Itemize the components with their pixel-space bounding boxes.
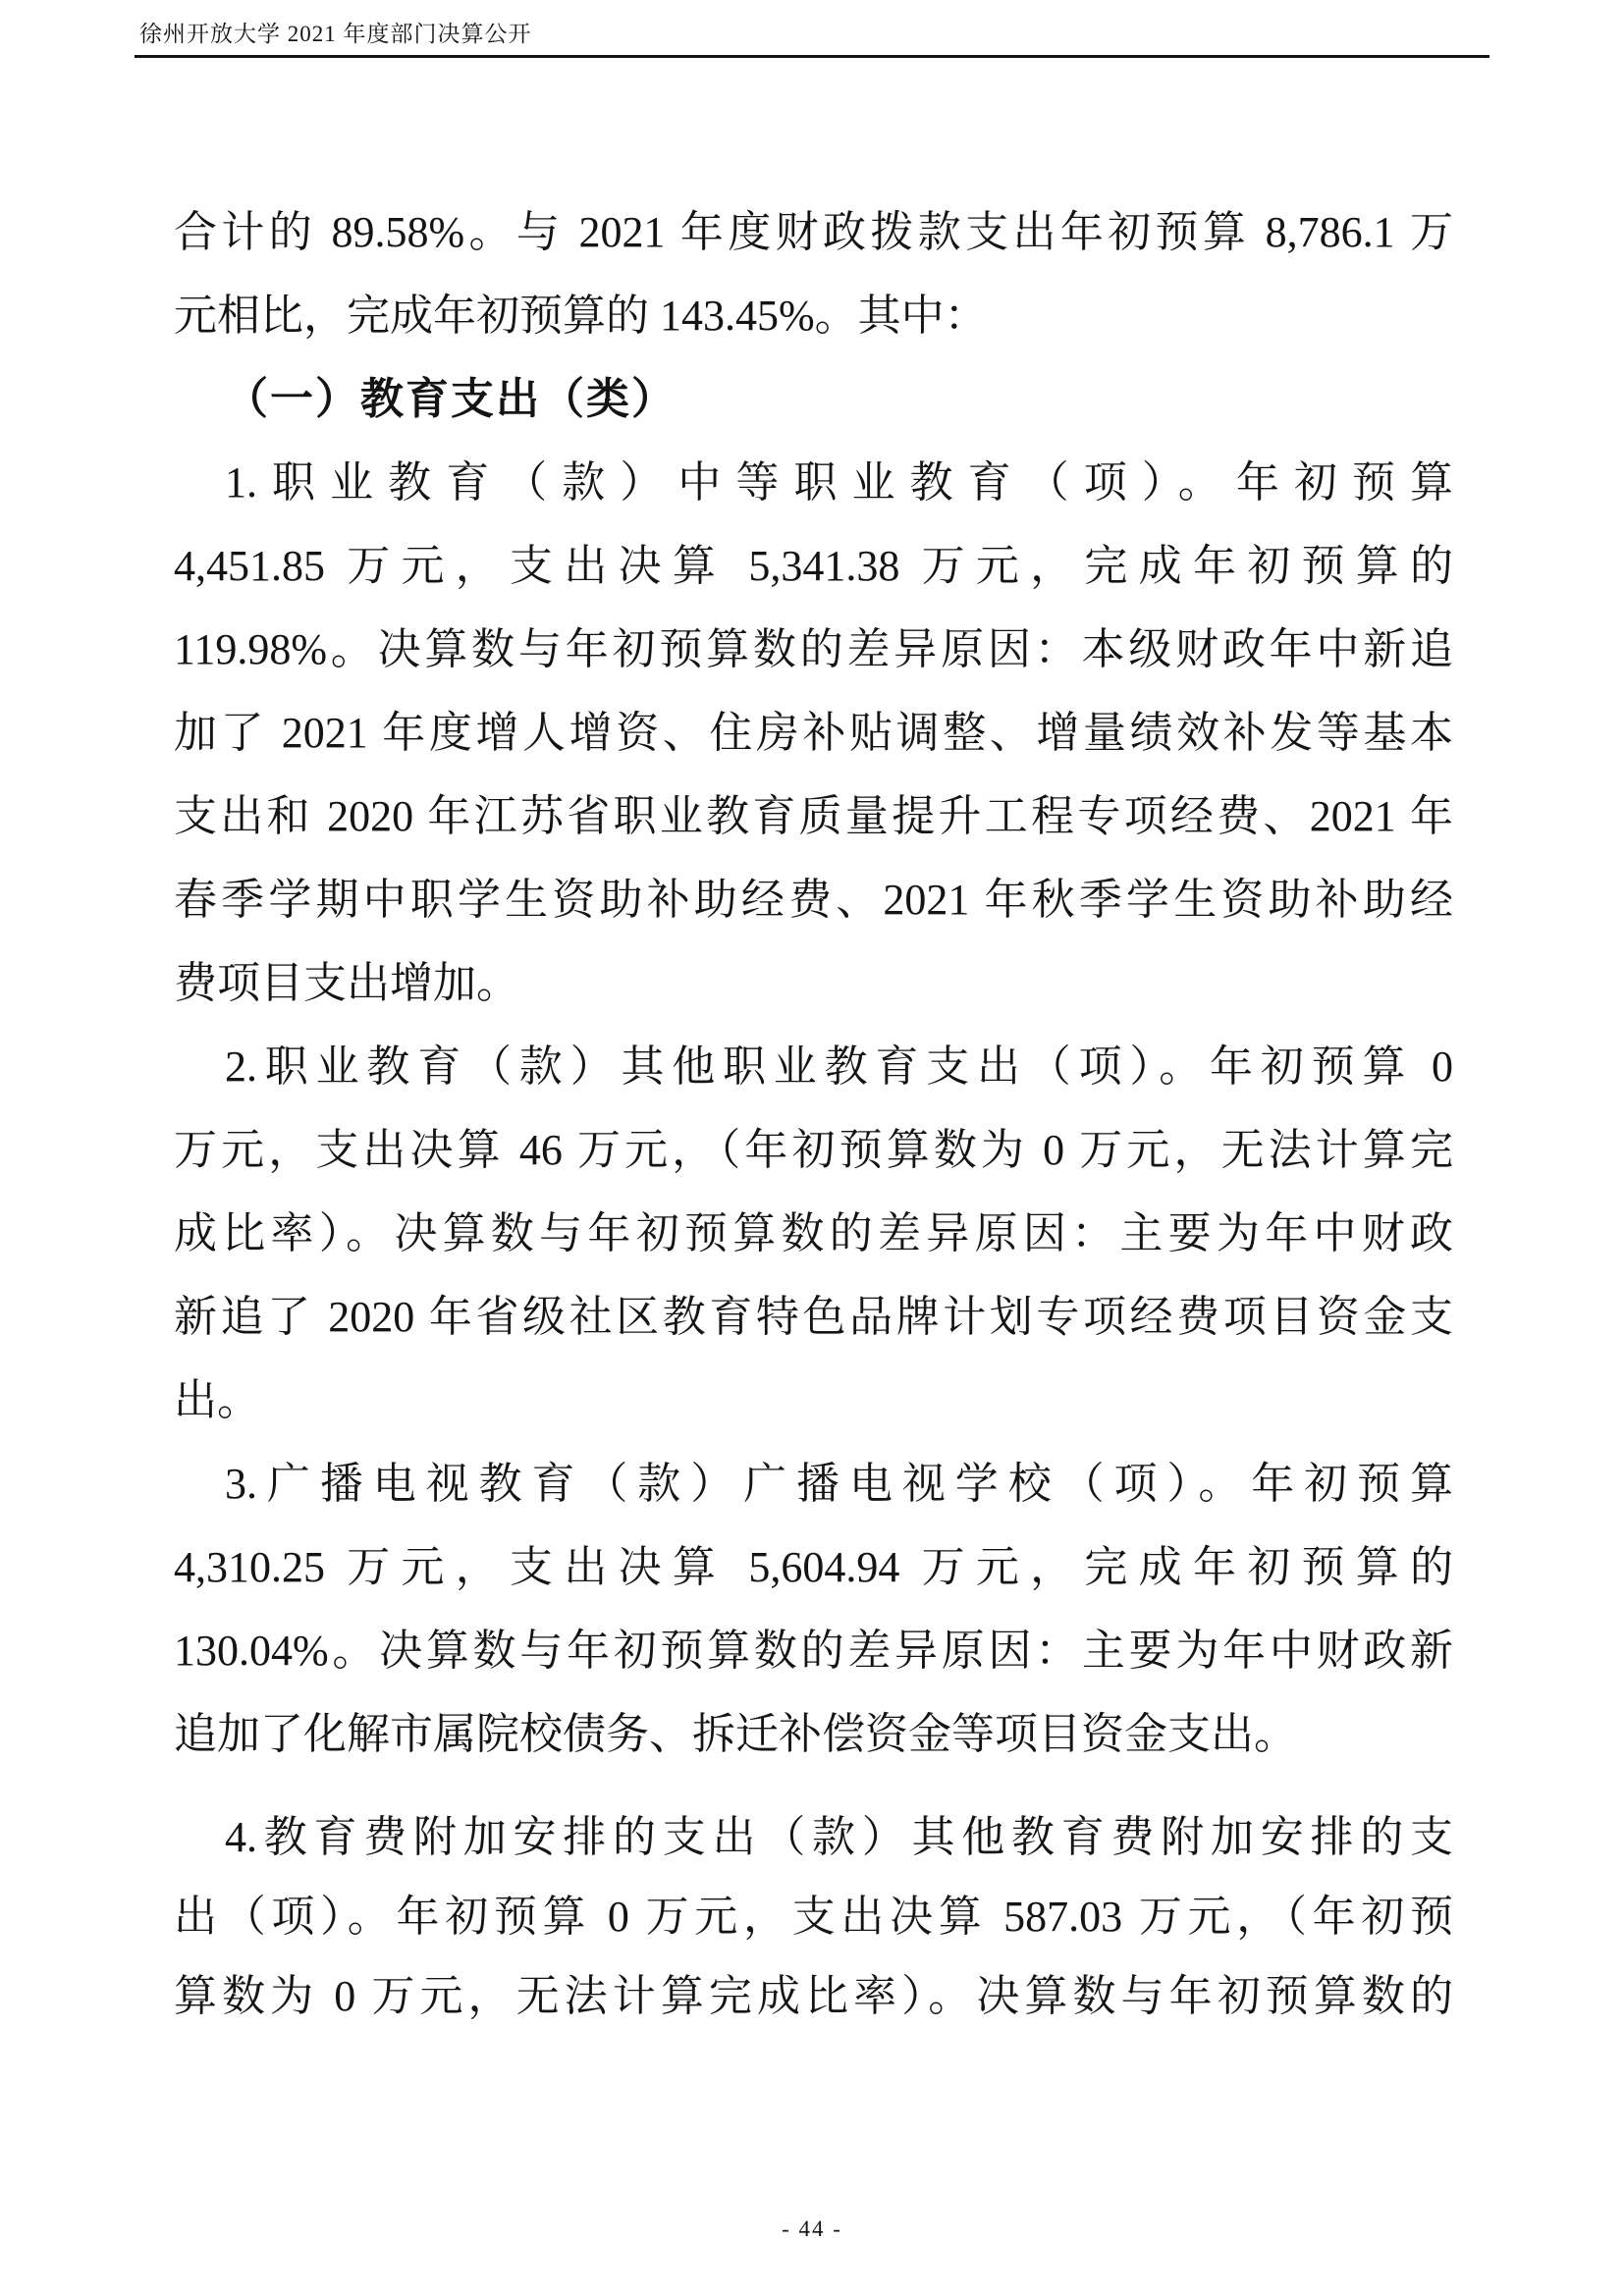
text-line: 追加了化解市属院校债务、拆迁补偿资金等项目资金支出。 — [174, 1692, 1453, 1776]
text-line: 春季学期中职学生资助补助经费、2021 年秋季学生资助补助经 — [174, 858, 1453, 941]
section-heading-text: （一）教育支出（类） — [174, 357, 1453, 441]
text-line: 4,451.85 万元，支出决算 5,341.38 万元，完成年初预算的 — [174, 524, 1453, 608]
header-title: 徐州开放大学 2021 年度部门决算公开 — [139, 16, 532, 48]
document-body: 合计的 89.58%。与 2021 年度财政拨款支出年初预算 8,786.1 万… — [174, 190, 1453, 2036]
text-line: 元相比，完成年初预算的 143.45%。其中： — [174, 274, 1453, 357]
text-line: 算数为 0 万元，无法计算完成比率）。决算数与年初预算数的 — [174, 1956, 1453, 2036]
paragraph-item-2: 2.职业教育（款）其他职业教育支出（项）。年初预算 0 万元，支出决算 46 万… — [174, 1025, 1453, 1442]
text-line: 4.教育费附加安排的支出（款）其他教育费附加安排的支 — [174, 1797, 1453, 1877]
text-line: 新追了 2020 年省级社区教育特色品牌计划专项经费项目资金支 — [174, 1275, 1453, 1359]
header-rule — [135, 55, 1489, 58]
text-line: 成比率）。决算数与年初预算数的差异原因：主要为年中财政 — [174, 1192, 1453, 1275]
text-line: 费项目支出增加。 — [174, 941, 1453, 1025]
paragraph-item-3: 3.广播电视教育（款）广播电视学校（项）。年初预算 4,310.25 万元，支出… — [174, 1442, 1453, 1776]
paragraph-overview: 合计的 89.58%。与 2021 年度财政拨款支出年初预算 8,786.1 万… — [174, 190, 1453, 357]
text-line: 119.98%。决算数与年初预算数的差异原因：本级财政年中新追 — [174, 608, 1453, 691]
text-line: 4,310.25 万元，支出决算 5,604.94 万元，完成年初预算的 — [174, 1525, 1453, 1609]
paragraph-item-4: 4.教育费附加安排的支出（款）其他教育费附加安排的支 出（项）。年初预算 0 万… — [174, 1797, 1453, 2036]
text-line: 1.职业教育（款）中等职业教育（项）。年初预算 — [174, 441, 1453, 524]
text-line: 出（项）。年初预算 0 万元，支出决算 587.03 万元，（年初预 — [174, 1877, 1453, 1956]
page-footer: - 44 - — [0, 2216, 1624, 2242]
text-line: 2.职业教育（款）其他职业教育支出（项）。年初预算 0 — [174, 1025, 1453, 1108]
text-line: 130.04%。决算数与年初预算数的差异原因：主要为年中财政新 — [174, 1609, 1453, 1692]
paragraph-item-1: 1.职业教育（款）中等职业教育（项）。年初预算 4,451.85 万元，支出决算… — [174, 441, 1453, 1025]
text-line: 万元，支出决算 46 万元，（年初预算数为 0 万元，无法计算完 — [174, 1108, 1453, 1192]
text-line: 支出和 2020 年江苏省职业教育质量提升工程专项经费、2021 年 — [174, 774, 1453, 858]
document-page: 徐州开放大学 2021 年度部门决算公开 合计的 89.58%。与 2021 年… — [0, 0, 1624, 2296]
page-number: - 44 - — [782, 2216, 842, 2241]
section-heading-education-expenditure: （一）教育支出（类） — [174, 357, 1453, 441]
text-line: 3.广播电视教育（款）广播电视学校（项）。年初预算 — [174, 1442, 1453, 1525]
text-line: 合计的 89.58%。与 2021 年度财政拨款支出年初预算 8,786.1 万 — [174, 190, 1453, 274]
text-line: 加了 2021 年度增人增资、住房补贴调整、增量绩效补发等基本 — [174, 691, 1453, 774]
text-line: 出。 — [174, 1359, 1453, 1442]
